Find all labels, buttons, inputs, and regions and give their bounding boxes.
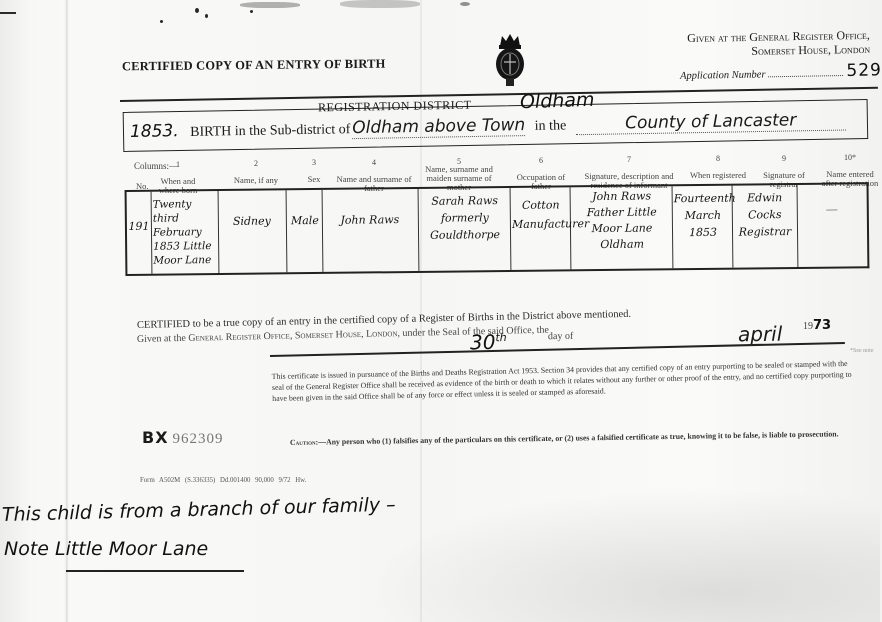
column-header: Sex <box>300 175 328 184</box>
registration-year: 1853. <box>130 121 179 142</box>
entry-row: 191 Twenty third February 1853 Little Mo… <box>125 182 870 276</box>
serial-number: 962309 <box>173 431 224 447</box>
handwritten-note-line2: Note Little Moor Lane <box>4 538 208 560</box>
column-header: When registered <box>690 171 746 180</box>
certificate-serial: BX962309 <box>142 428 224 448</box>
speck <box>250 10 253 13</box>
column-number: 2 <box>228 159 284 168</box>
in-the-label: in the <box>535 118 567 134</box>
speck <box>205 14 208 18</box>
registration-district-label: REGISTRATION DISTRICT <box>318 98 472 116</box>
form-reference: Form A502M (S.336335) Dd.001400 90,000 9… <box>140 477 306 484</box>
fold-line <box>66 0 68 622</box>
speck <box>195 8 199 13</box>
column-number: 3 <box>300 158 328 167</box>
caution-label: Caution: <box>290 438 318 447</box>
speck <box>160 20 163 23</box>
column-divider <box>322 190 324 272</box>
entry-sex: Male <box>288 214 322 228</box>
certification-year: 1973 <box>803 318 831 333</box>
year-prefix: 19 <box>803 321 813 332</box>
speck <box>340 0 420 8</box>
column-number: 8 <box>690 154 746 163</box>
entry-father: John Raws <box>324 213 416 228</box>
handwritten-underline <box>66 570 244 572</box>
entry-when-registered: Fourteenth March 1853 <box>674 190 733 242</box>
application-number: Application Number5293 <box>680 60 882 84</box>
day-of-label: day of <box>548 331 573 342</box>
column-number: 7 <box>575 155 683 164</box>
column-number: 1 <box>150 160 206 169</box>
application-number-label: Application Number <box>680 69 766 81</box>
certificate-title: CERTIFIED COPY OF AN ENTRY OF BIRTH <box>122 57 386 75</box>
entry-registrar-signature: Edwin Cocks Registrar <box>734 189 797 241</box>
entry-informant: John Raws Father Little Moor Lane Oldham <box>574 188 671 253</box>
column-number: 10* <box>818 153 882 162</box>
birth-in-label: BIRTH in the Sub-district of <box>190 122 350 140</box>
day-suffix: th <box>495 331 507 344</box>
speck <box>0 12 16 14</box>
speck <box>460 2 470 6</box>
column-divider <box>797 185 799 267</box>
entry-name: Sidney <box>220 214 284 229</box>
column-divider <box>218 191 220 273</box>
serial-prefix: BX <box>142 428 169 447</box>
column-header: Name, if any <box>228 176 284 185</box>
given-prefix: Given at the <box>137 333 186 345</box>
column-number: 4 <box>333 158 415 167</box>
entry-name-after-registration: — <box>799 202 865 217</box>
sub-district-value: Oldham above Town <box>352 115 525 139</box>
royal-crest-icon <box>490 32 530 90</box>
column-number: 9 <box>752 154 816 163</box>
entry-mother: Sarah Raws formerly Gouldthorpe <box>422 192 509 244</box>
registration-district-value: Oldham <box>520 89 595 114</box>
column-divider <box>286 190 288 272</box>
year-suffix: 73 <box>813 318 831 333</box>
entry-when-where-born: Twenty third February 1853 Little Moor L… <box>153 197 218 268</box>
scan-noise <box>300 470 880 622</box>
side-note-mark: *See note <box>850 348 874 354</box>
entry-number: 191 <box>127 220 151 234</box>
entry-father-occupation: Cotton Manufacturer <box>512 195 570 234</box>
speck <box>240 2 300 8</box>
issuing-office: Given at the General Register Office, So… <box>622 28 870 60</box>
column-divider <box>418 189 420 271</box>
application-number-value: 5293 <box>846 60 882 81</box>
column-number: 6 <box>512 156 570 165</box>
